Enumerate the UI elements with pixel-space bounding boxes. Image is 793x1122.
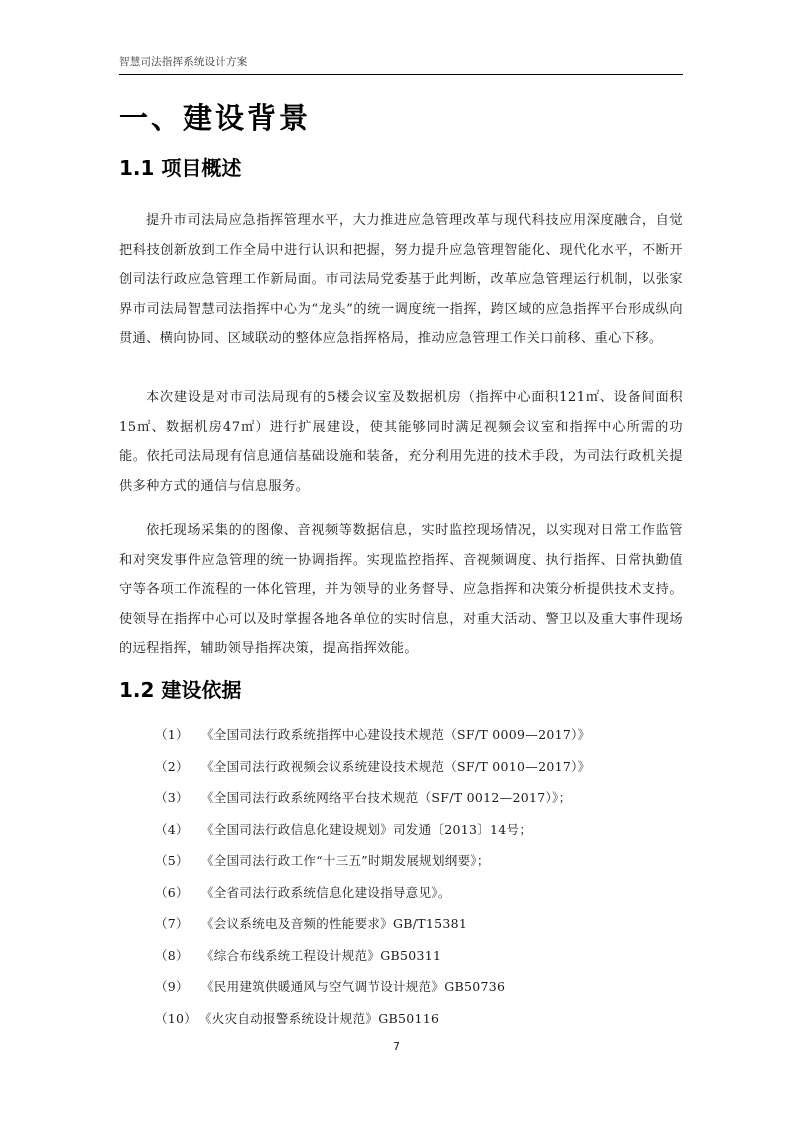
reference-text: 《会议系统电及音频的性能要求》GB/T15381 <box>201 908 685 940</box>
page-header: 智慧司法指挥系统设计方案 <box>119 55 683 75</box>
reference-text: 《火灾自动报警系统设计规范》GB50116 <box>199 1003 685 1035</box>
page-number: 7 <box>0 1040 793 1053</box>
reference-text: 《全国司法行政工作“十三五”时期发展规划纲要》； <box>201 845 685 877</box>
reference-text: 《全国司法行政系统网络平台技术规范（SF/T 0012—2017）》； <box>201 782 685 814</box>
reference-text: 《全省司法行政系统信息化建设指导意见》。 <box>201 877 685 909</box>
reference-item: （2） 《全国司法行政视频会议系统建设技术规范（SF/T 0010—2017）》 <box>155 751 685 783</box>
reference-number: （3） <box>155 782 201 814</box>
paragraph-overview-3: 依托现场采集的的图像、音视频等数据信息，实时监控现场情况，以实现对日常工作监管和… <box>119 516 683 664</box>
section-title-basis: 1.2 建设依据 <box>119 676 241 704</box>
reference-number: （8） <box>155 940 201 972</box>
reference-item: （3） 《全国司法行政系统网络平台技术规范（SF/T 0012—2017）》； <box>155 782 685 814</box>
reference-item: （10） 《火灾自动报警系统设计规范》GB50116 <box>155 1003 685 1035</box>
reference-number: （6） <box>155 877 201 909</box>
reference-item: （1） 《全国司法行政系统指挥中心建设技术规范（SF/T 0009—2017）》 <box>155 719 685 751</box>
reference-number: （9） <box>155 971 201 1003</box>
reference-item: （7） 《会议系统电及音频的性能要求》GB/T15381 <box>155 908 685 940</box>
reference-number: （2） <box>155 751 201 783</box>
reference-text: 《全国司法行政系统指挥中心建设技术规范（SF/T 0009—2017）》 <box>201 719 685 751</box>
reference-number: （7） <box>155 908 201 940</box>
reference-item: （5） 《全国司法行政工作“十三五”时期发展规划纲要》； <box>155 845 685 877</box>
reference-text: 《全国司法行政视频会议系统建设技术规范（SF/T 0010—2017）》 <box>201 751 685 783</box>
reference-item: （4） 《全国司法行政信息化建设规划》司发通〔2013〕14号； <box>155 814 685 846</box>
running-title: 智慧司法指挥系统设计方案 <box>119 55 683 69</box>
reference-item: （8） 《综合布线系统工程设计规范》GB50311 <box>155 940 685 972</box>
chapter-title: 一、建设背景 <box>119 98 311 138</box>
reference-number: （10） <box>155 1003 199 1035</box>
paragraph-overview-2: 本次建设是对市司法局现有的5楼会议室及数据机房（指挥中心面积121㎡、设备间面积… <box>119 383 683 501</box>
reference-item: （9） 《民用建筑供暖通风与空气调节设计规范》GB50736 <box>155 971 685 1003</box>
paragraph-overview-1: 提升市司法局应急指挥管理水平，大力推进应急管理改革与现代科技应用深度融合，自觉把… <box>119 206 683 354</box>
reference-item: （6） 《全省司法行政系统信息化建设指导意见》。 <box>155 877 685 909</box>
reference-text: 《综合布线系统工程设计规范》GB50311 <box>201 940 685 972</box>
reference-text: 《民用建筑供暖通风与空气调节设计规范》GB50736 <box>201 971 685 1003</box>
reference-number: （4） <box>155 814 201 846</box>
reference-list: （1） 《全国司法行政系统指挥中心建设技术规范（SF/T 0009—2017）》… <box>155 719 685 1034</box>
section-title-overview: 1.1 项目概述 <box>119 154 241 182</box>
reference-number: （1） <box>155 719 201 751</box>
reference-text: 《全国司法行政信息化建设规划》司发通〔2013〕14号； <box>201 814 685 846</box>
reference-number: （5） <box>155 845 201 877</box>
